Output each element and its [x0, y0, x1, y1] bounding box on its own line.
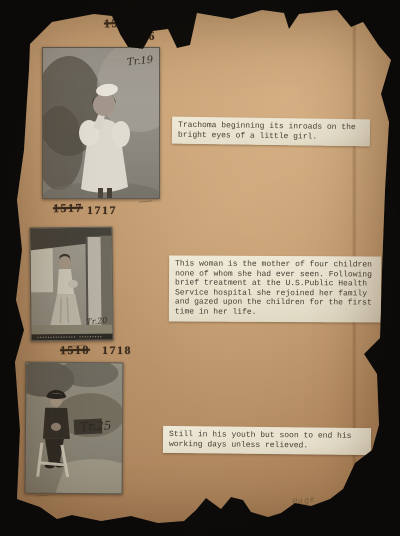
scrapbook-paper: 1516 1716 [0, 0, 400, 536]
typed-caption-3: Still in his youth but soon to end his w… [163, 426, 371, 455]
catalog-number-old-1: 1516 [104, 15, 135, 31]
typed-caption-2: This woman is the mother of four childre… [169, 255, 381, 322]
photo-girl: Tr.19 [42, 47, 160, 199]
photo-handwritten-number-3: Tr.25 [80, 418, 112, 433]
pencil-page-label: Page [291, 494, 316, 507]
catalog-number-new-3: 1718 [102, 343, 132, 358]
pencil-mark-1 [139, 197, 152, 203]
catalog-number-old-2: 1517 [53, 201, 83, 217]
catalog-number-old-3: 1518 [60, 343, 90, 359]
catalog-number-new-2: 1717 [87, 203, 117, 218]
photo-man: Tr.25 [25, 362, 124, 495]
typed-caption-1: Trachoma beginning its inroads on the br… [172, 117, 370, 147]
catalog-number-new-1: 1716 [126, 29, 156, 45]
pencil-mark-3 [36, 491, 49, 497]
album-page-scan: 1516 1716 [0, 0, 400, 536]
photo-girl-image [43, 48, 159, 198]
photo-woman: Tr.20 [29, 227, 113, 342]
